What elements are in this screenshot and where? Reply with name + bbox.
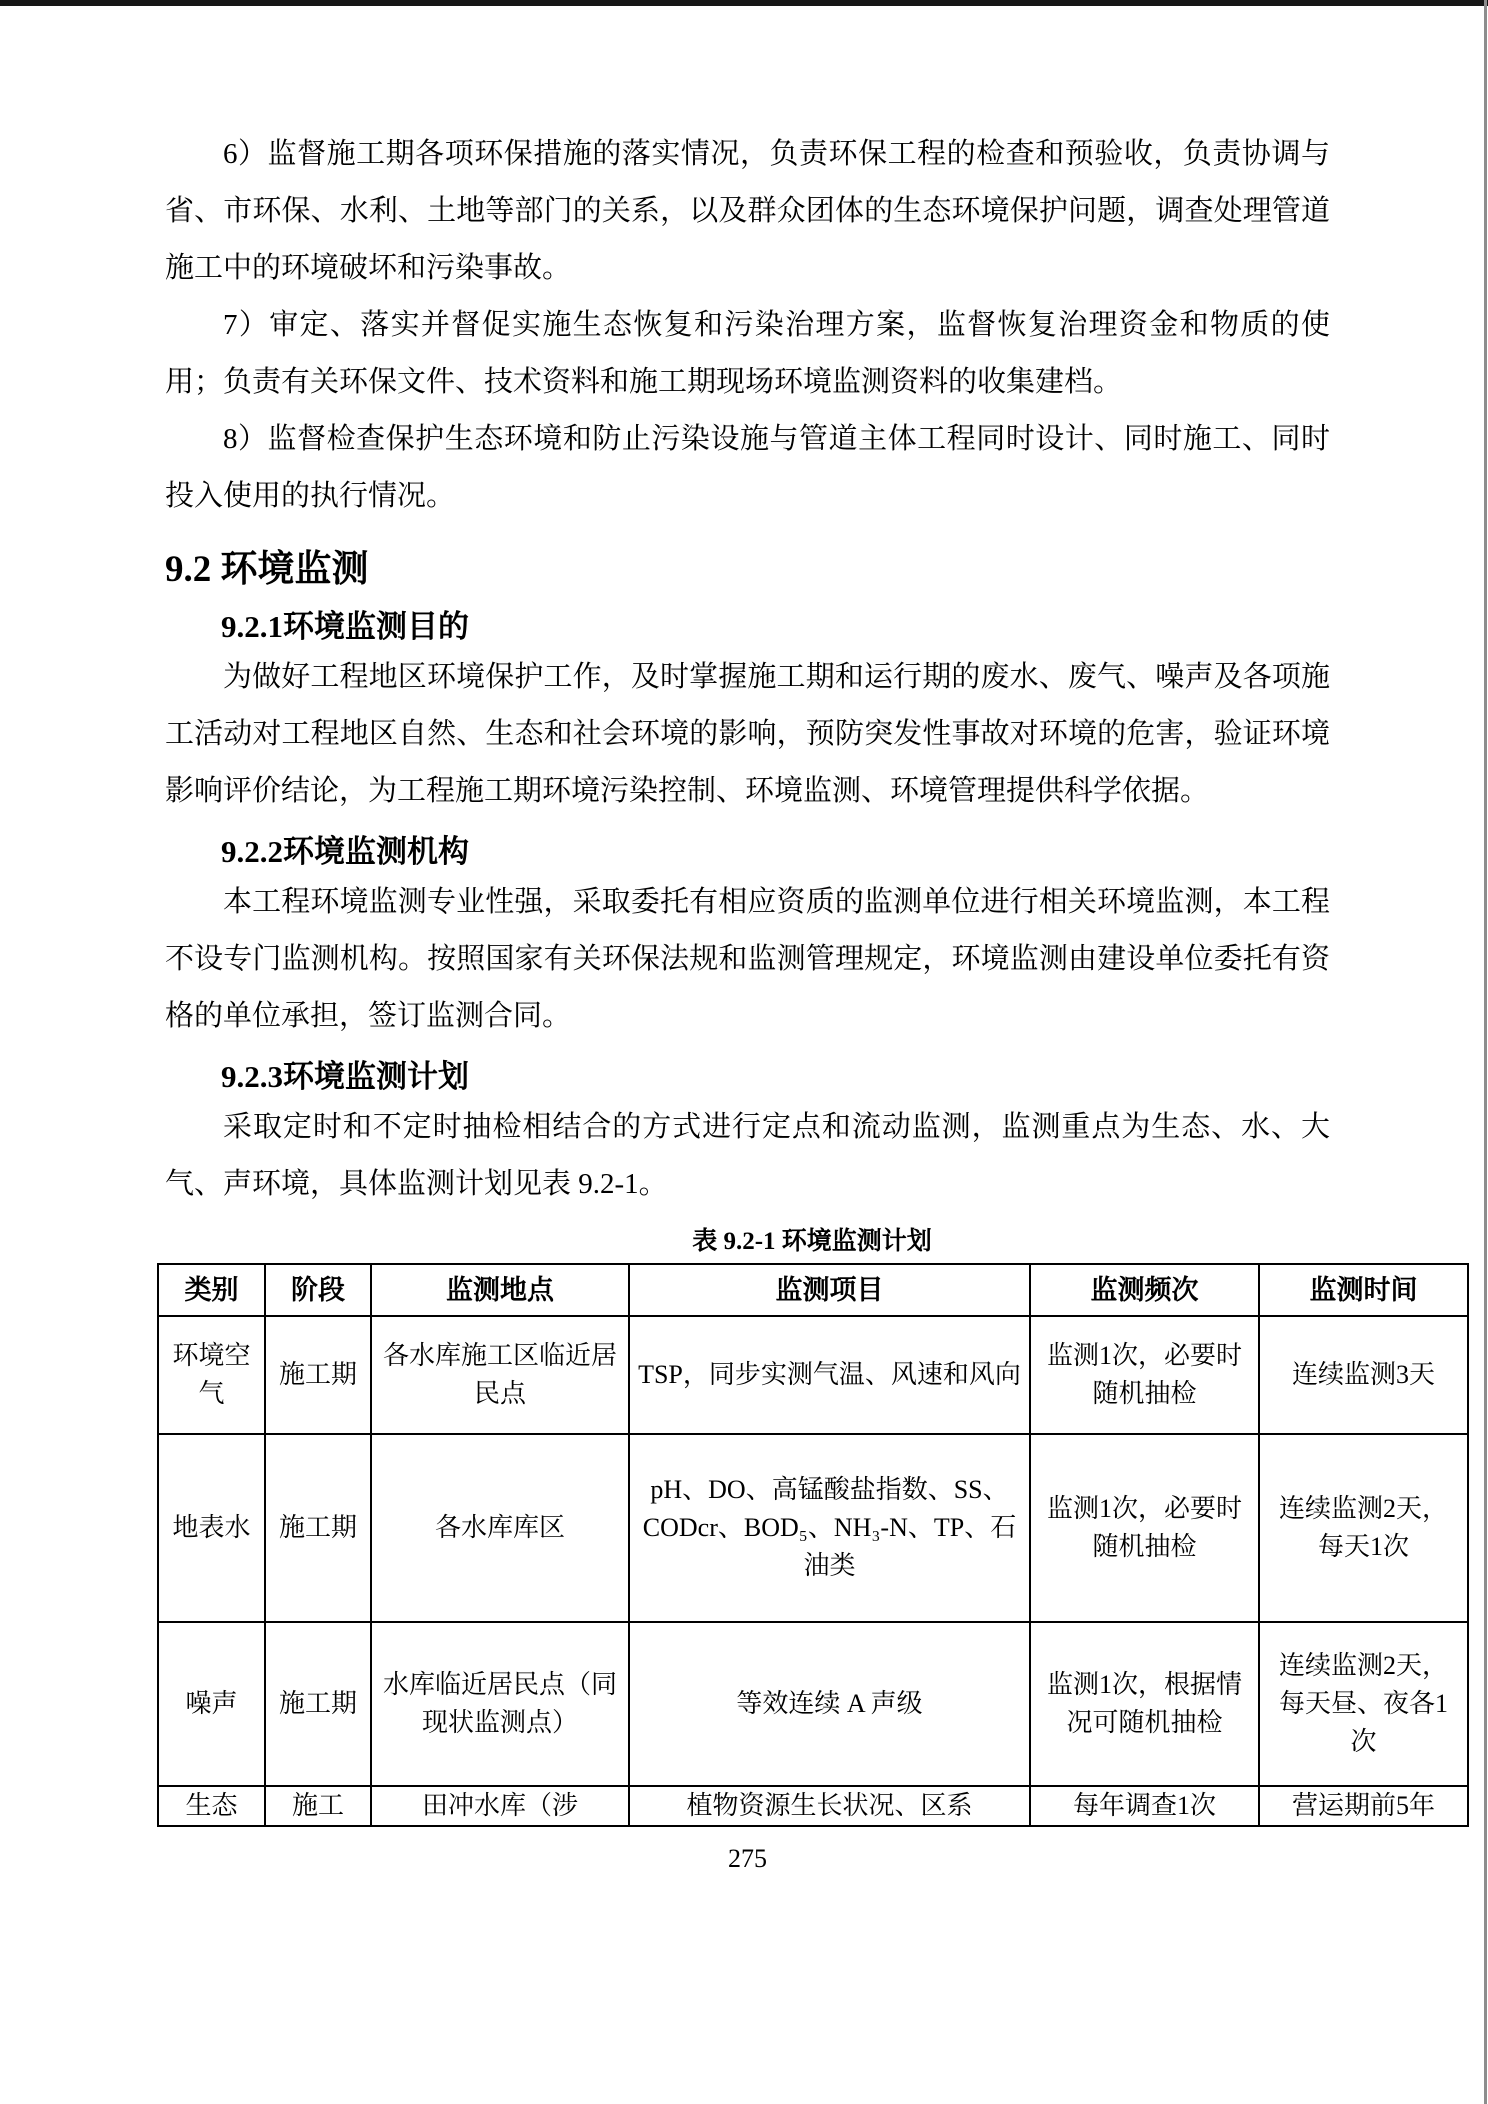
monitoring-plan-table: 类别 阶段 监测地点 监测项目 监测频次 监测时间 环境空气 施工期 各水库施工…: [157, 1263, 1469, 1827]
cell-frequency: 每年调查1次: [1030, 1786, 1259, 1826]
column-header-items: 监测项目: [629, 1264, 1030, 1316]
cell-category: 地表水: [158, 1434, 265, 1622]
cell-stage: 施工期: [265, 1622, 371, 1786]
column-header-time: 监测时间: [1259, 1264, 1468, 1316]
cell-time: 营运期前5年: [1259, 1786, 1468, 1826]
column-header-frequency: 监测频次: [1030, 1264, 1259, 1316]
cell-time: 连续监测3天: [1259, 1316, 1468, 1434]
section-heading-9-2: 9.2 环境监测: [165, 545, 1330, 595]
cell-location: 各水库施工区临近居民点: [371, 1316, 629, 1434]
cell-frequency: 监测1次，必要时随机抽检: [1030, 1434, 1259, 1622]
table-row-clipped: 生态 施工 田冲水库（涉 植物资源生长状况、区系 每年调查1次 营运期前5年: [158, 1786, 1468, 1826]
cell-location: 水库临近居民点（同现状监测点）: [371, 1622, 629, 1786]
paragraph-9-2-2: 本工程环境监测专业性强，采取委托有相应资质的监测单位进行相关环境监测，本工程不设…: [165, 874, 1330, 1045]
cell-frequency: 监测1次，根据情况可随机抽检: [1030, 1622, 1259, 1786]
cell-items: TSP，同步实测气温、风速和风向: [629, 1316, 1030, 1434]
table-title: 表 9.2-1 环境监测计划: [157, 1225, 1467, 1259]
cell-time: 连续监测2天，每天昼、夜各1次: [1259, 1622, 1468, 1786]
cell-items: 等效连续 A 声级: [629, 1622, 1030, 1786]
column-header-stage: 阶段: [265, 1264, 371, 1316]
cell-location: 各水库库区: [371, 1434, 629, 1622]
cell-stage: 施工期: [265, 1316, 371, 1434]
cell-time: 连续监测2天，每天1次: [1259, 1434, 1468, 1622]
section-heading-9-2-3: 9.2.3环境监测计划: [221, 1055, 1330, 1099]
cell-items: 植物资源生长状况、区系: [629, 1786, 1030, 1826]
cell-category: 噪声: [158, 1622, 265, 1786]
paragraph-9-2-1: 为做好工程地区环境保护工作，及时掌握施工期和运行期的废水、废气、噪声及各项施工活…: [165, 649, 1330, 820]
paragraph-item-8: 8）监督检查保护生态环境和防止污染设施与管道主体工程同时设计、同时施工、同时投入…: [165, 411, 1330, 525]
cell-stage: 施工期: [265, 1434, 371, 1622]
column-header-location: 监测地点: [371, 1264, 629, 1316]
cell-items: pH、DO、高锰酸盐指数、SS、CODcr、BOD₅、NH₃-N、TP、石油类: [629, 1434, 1030, 1622]
cell-category: 环境空气: [158, 1316, 265, 1434]
page-content: 6）监督施工期各项环保措施的落实情况，负责环保工程的检查和预验收，负责协调与省、…: [0, 0, 1488, 1875]
paragraph-item-6: 6）监督施工期各项环保措施的落实情况，负责环保工程的检查和预验收，负责协调与省、…: [165, 126, 1330, 297]
table-row: 环境空气 施工期 各水库施工区临近居民点 TSP，同步实测气温、风速和风向 监测…: [158, 1316, 1468, 1434]
table-row: 地表水 施工期 各水库库区 pH、DO、高锰酸盐指数、SS、CODcr、BOD₅…: [158, 1434, 1468, 1622]
document-page: 6）监督施工期各项环保措施的落实情况，负责环保工程的检查和预验收，负责协调与省、…: [0, 0, 1488, 2104]
cell-category: 生态: [158, 1786, 265, 1826]
cell-frequency: 监测1次，必要时随机抽检: [1030, 1316, 1259, 1434]
column-header-category: 类别: [158, 1264, 265, 1316]
section-heading-9-2-1: 9.2.1环境监测目的: [221, 605, 1330, 649]
table-row: 噪声 施工期 水库临近居民点（同现状监测点） 等效连续 A 声级 监测1次，根据…: [158, 1622, 1468, 1786]
cell-stage: 施工: [265, 1786, 371, 1826]
paragraph-item-7: 7）审定、落实并督促实施生态恢复和污染治理方案，监督恢复治理资金和物质的使用；负…: [165, 297, 1330, 411]
page-number: 275: [165, 1843, 1330, 1875]
cell-location: 田冲水库（涉: [371, 1786, 629, 1826]
table-header-row: 类别 阶段 监测地点 监测项目 监测频次 监测时间: [158, 1264, 1468, 1316]
section-heading-9-2-2: 9.2.2环境监测机构: [221, 830, 1330, 874]
paragraph-9-2-3: 采取定时和不定时抽检相结合的方式进行定点和流动监测，监测重点为生态、水、大气、声…: [165, 1099, 1330, 1213]
